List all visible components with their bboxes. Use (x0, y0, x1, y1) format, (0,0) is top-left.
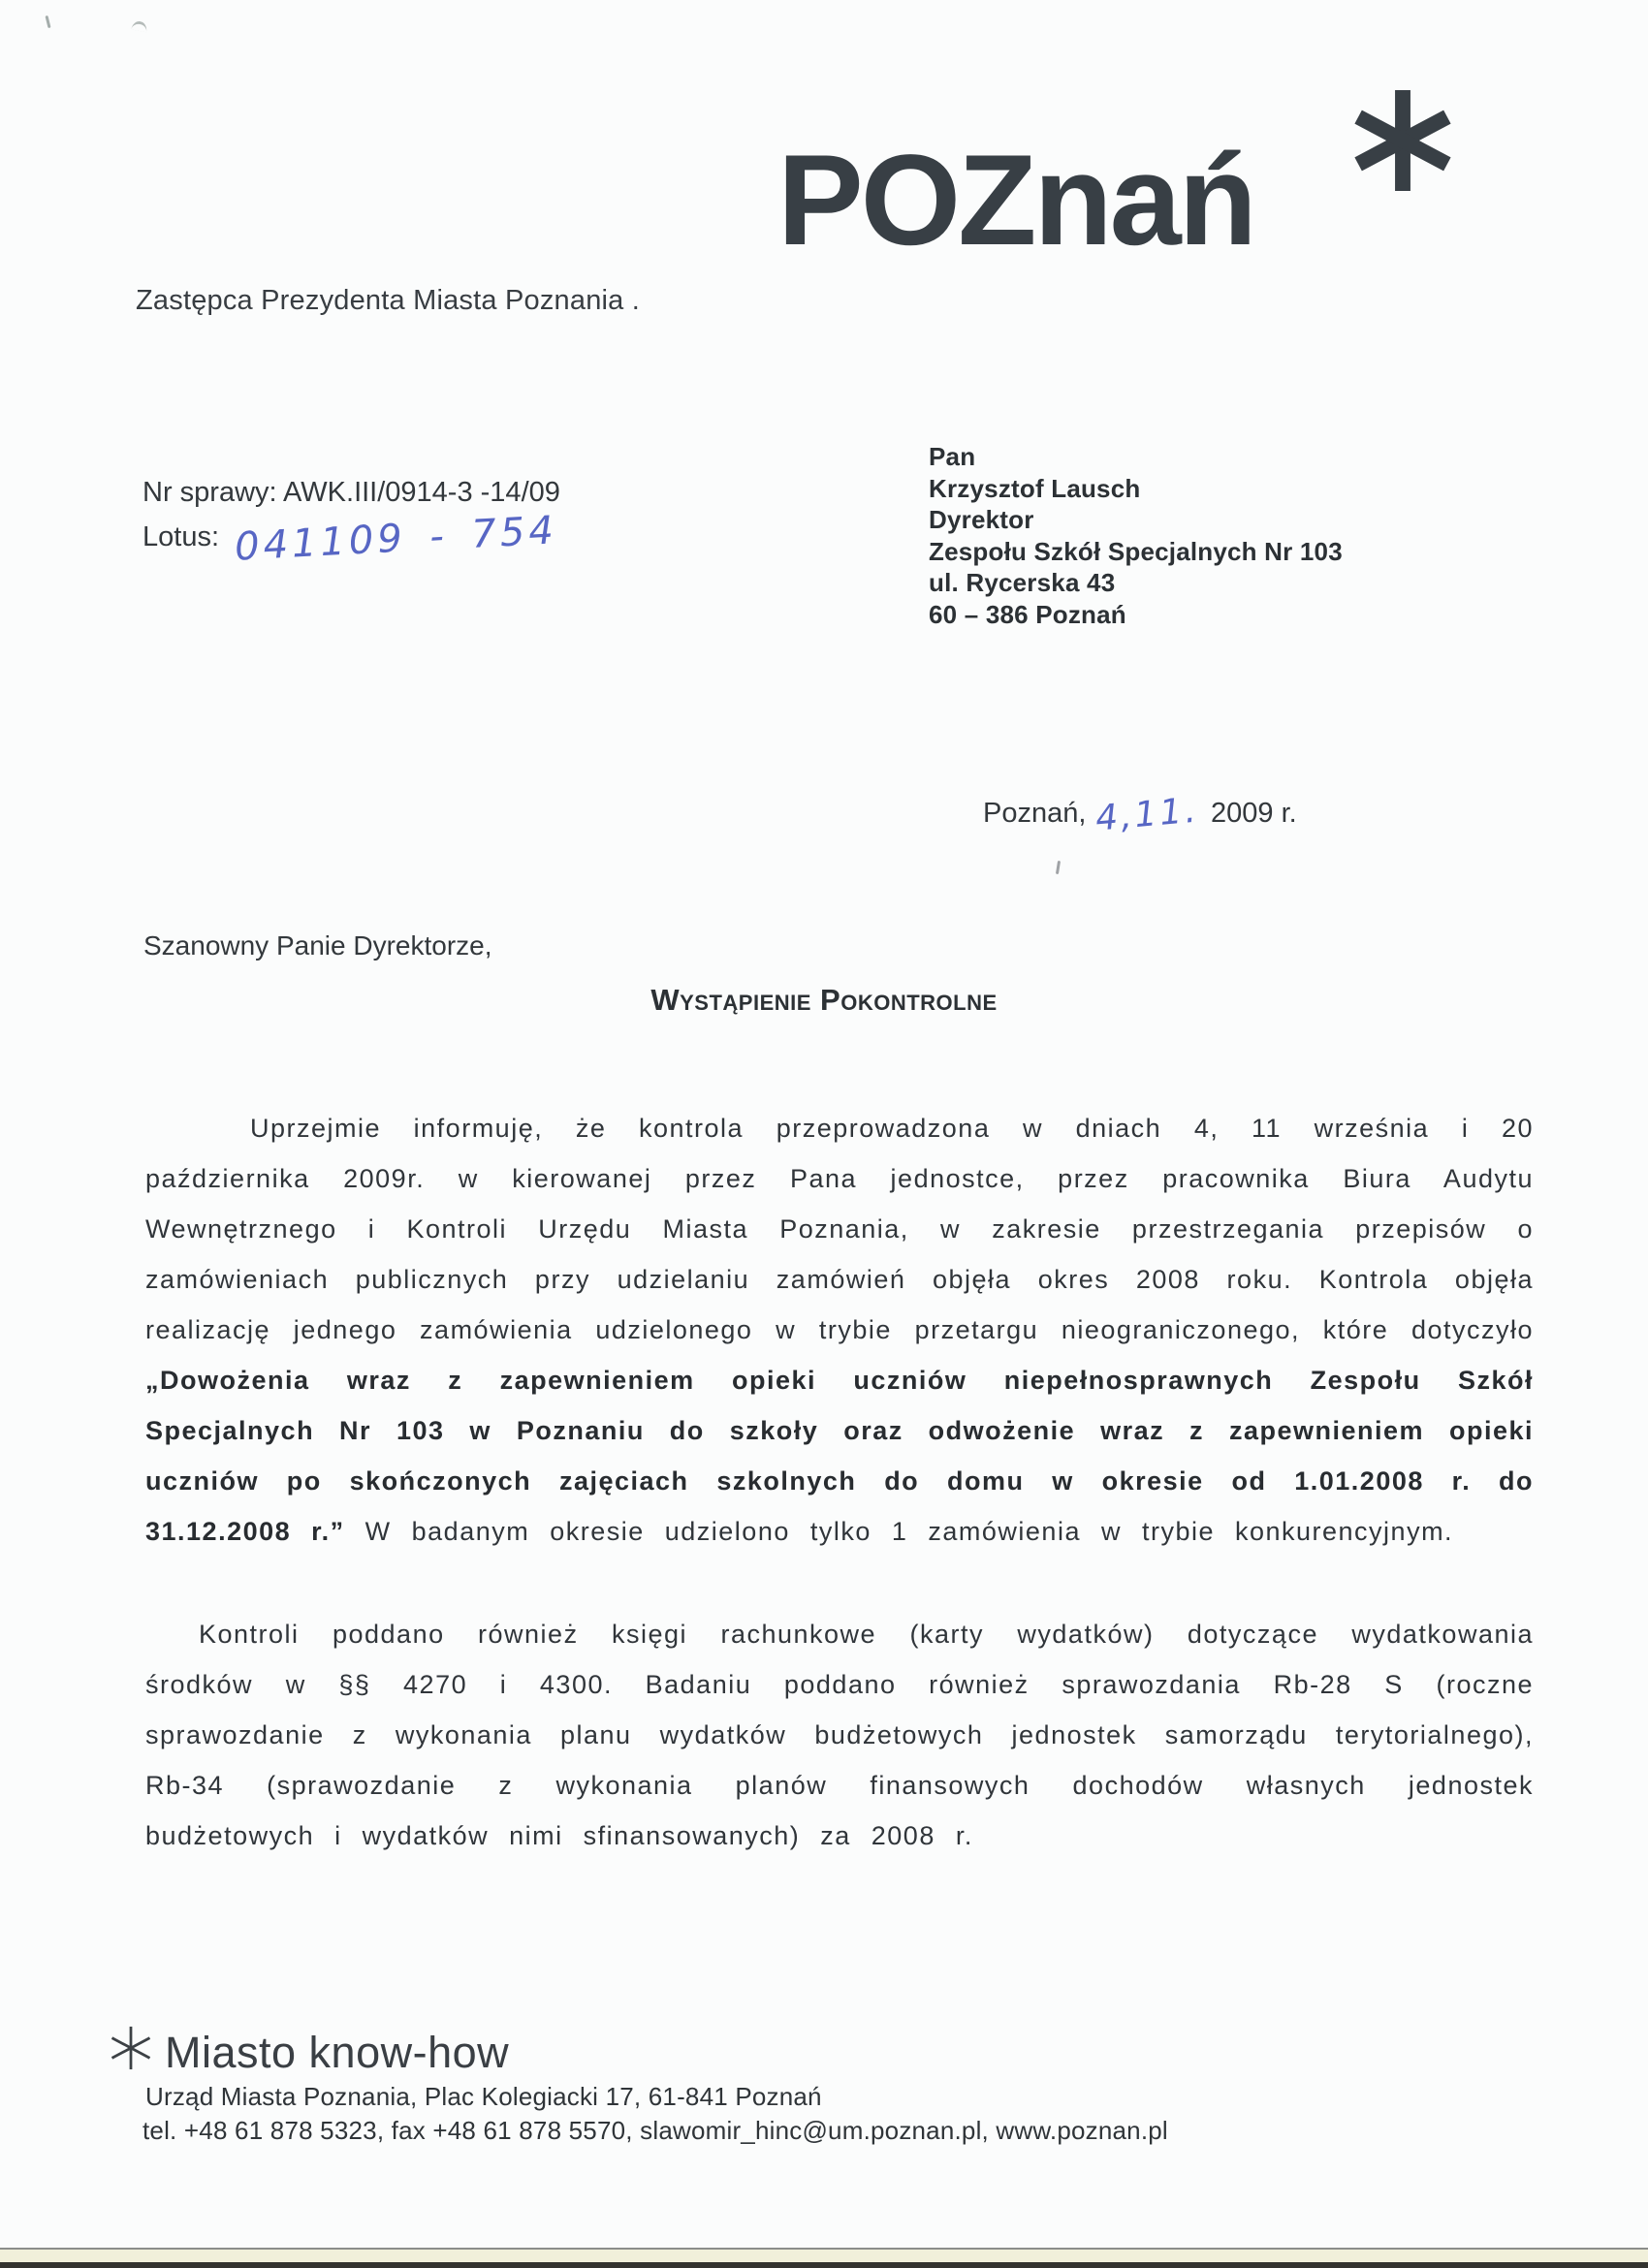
footer-brand: Miasto know-how (109, 2026, 509, 2078)
lotus-line: Lotus:041109 - 754 (143, 515, 560, 561)
body-paragraph-1: Uprzejmie informuję, że kontrola przepro… (145, 1103, 1534, 1557)
recipient-line: Krzysztof Lausch (929, 473, 1343, 505)
recipient-line: Pan (929, 441, 1343, 473)
dateline-handwritten-date: 4,11. (1094, 790, 1201, 838)
poznan-logo: POZnań (777, 137, 1254, 266)
recipient-line: Dyrektor (929, 504, 1343, 536)
scan-edge-shadow (0, 2262, 1648, 2268)
lotus-label: Lotus: (143, 521, 219, 552)
scan-edge-strip (0, 2250, 1648, 2262)
scan-artifact-mark (45, 16, 50, 28)
footer-contact: tel. +48 61 878 5323, fax +48 61 878 557… (143, 2116, 1168, 2146)
scan-artifact-mark (131, 20, 147, 33)
dateline-city: Poznań, (983, 798, 1086, 829)
scanned-letter-page: POZnań Zastępca Prezydenta Miasta Poznan… (0, 0, 1648, 2268)
case-number-line: Nr sprawy: AWK.III/0914-3 -14/09 (143, 470, 560, 515)
recipient-block: Pan Krzysztof Lausch Dyrektor Zespołu Sz… (929, 441, 1343, 630)
document-heading: Wystąpienie Pokontrolne (19, 983, 1629, 1018)
recipient-line: 60 – 386 Poznań (929, 599, 1343, 631)
body-paragraph-2: Kontroli poddano również księgi rachunko… (145, 1609, 1534, 1861)
recipient-line: ul. Rycerska 43 (929, 567, 1343, 599)
case-number-block: Nr sprawy: AWK.III/0914-3 -14/09 Lotus:0… (143, 470, 560, 561)
lotus-handwritten-number: 041109 - 754 (234, 508, 558, 569)
recipient-line: Zespołu Szkół Specjalnych Nr 103 (929, 536, 1343, 568)
scan-artifact-tick (1056, 861, 1061, 874)
sender-title: Zastępca Prezydenta Miasta Poznania . (136, 285, 640, 317)
footer-asterisk-icon (109, 2026, 153, 2070)
salutation: Szanowny Panie Dyrektorze, (143, 930, 492, 961)
dateline-year: 2009 r. (1211, 798, 1297, 829)
logo-asterisk-icon (1351, 87, 1454, 194)
footer-brand-text: Miasto know-how (165, 2028, 509, 2077)
paragraph1-normal-end: W badanym okresie udzielono tylko 1 zamó… (345, 1517, 1453, 1546)
paragraph1-normal-start: Uprzejmie informuję, że kontrola przepro… (145, 1114, 1534, 1344)
footer-address: Urząd Miasta Poznania, Plac Kolegiacki 1… (145, 2082, 822, 2112)
dateline: Poznań,4,11.2009 r. (983, 795, 1297, 835)
